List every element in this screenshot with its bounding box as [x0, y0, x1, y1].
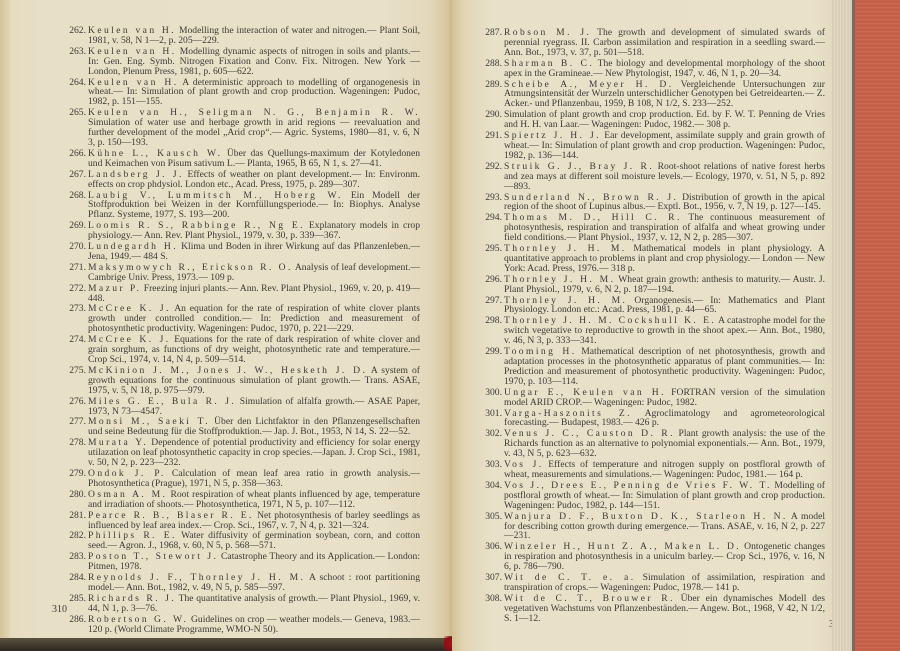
entry-number: 294. [480, 213, 502, 223]
entry-number: 271. [64, 263, 86, 273]
entry-number: 265. [64, 108, 86, 118]
bibliography-entry: 277.Monsi M., Saeki T. Über den Lichtfak… [64, 417, 420, 437]
entry-number: 297. [480, 296, 502, 306]
entry-text: Effects of temperature and nitrogen supp… [504, 459, 825, 480]
bibliography-entry: 304.Vos J., Drees E., Penning de Vries F… [480, 481, 825, 511]
bibliography-entry: 307.Wit de C. T. e. a. Simulation of ass… [480, 573, 825, 593]
bibliography-entry: 269.Loomis R. S., Rabbinge R., Ng E. Exp… [64, 221, 420, 241]
bibliography-entry: 278.Murata Y. Dependence of potential pr… [64, 438, 420, 468]
left-page-edge [0, 0, 10, 640]
bibliography-entry: 272.Mazur P. Freezing injuri plants.— An… [64, 284, 420, 304]
bibliography-entry: 283.Poston T., Stewort J. Catastrophe Th… [64, 552, 420, 572]
bibliography-entry: 267.Landsberg J. J. Effects of weather o… [64, 170, 420, 190]
entry-number: 292. [480, 162, 502, 172]
bibliography-entry: 297.Thornley J. H. M. Organogenesis.— In… [480, 296, 825, 316]
bibliography-entry: 264.Keulen van H. A deterministic approa… [64, 78, 420, 108]
entry-number: 269. [64, 221, 86, 231]
bibliography-entry: 285.Richards R. J. The quantitative anal… [64, 594, 420, 614]
left-page: 262.Keulen van H. Modelling the interact… [0, 0, 452, 640]
entry-number: 268. [64, 191, 86, 201]
left-page-number: 310 [52, 604, 67, 615]
entry-number: 306. [480, 542, 502, 552]
entry-number: 299. [480, 347, 502, 357]
bibliography-entry: 300.Ungar E., Keulen van H. FORTRAN vers… [480, 388, 825, 408]
entry-number: 287. [480, 28, 502, 38]
entry-number: 301. [480, 409, 502, 419]
bibliography-entry: 280.Osman A. M. Root respiration of whea… [64, 490, 420, 510]
page-edges [832, 0, 854, 651]
entry-number: 282. [64, 531, 86, 541]
entry-number: 274. [64, 335, 86, 345]
entry-number: 279. [64, 469, 86, 479]
bibliography-entry: 293.Sunderland N., Brown R. J. Distribut… [480, 193, 825, 213]
bibliography-entry: 305.Wanjura D. F., Buxton D. K., Starleo… [480, 512, 825, 542]
entry-number: 273. [64, 304, 86, 314]
bibliography-entry: 296.Thornley J. H. M. Wheat grain growth… [480, 275, 825, 295]
bibliography-entry: 284.Reynolds J. F., Thornley J. H. M. A … [64, 573, 420, 593]
right-page: 287.Robson M. J. The growth and developm… [452, 0, 832, 651]
bibliography-entry: 294.Thomas M. D., Hill C. R. The continu… [480, 213, 825, 243]
entry-text: Simulation of plant growth and crop prod… [504, 109, 825, 130]
bibliography-entry: 301.Varga-Haszonits Z. Agroclimatology a… [480, 409, 825, 429]
bibliography-entry: 263.Keulen van H. Modelling dynamic aspe… [64, 47, 420, 77]
bibliography-entry: 281.Pearce R. B., Blaser R. E. Net photo… [64, 511, 420, 531]
entry-number: 267. [64, 170, 86, 180]
entry-number: 280. [64, 490, 86, 500]
bibliography-entry: 286.Robertson G. W. Guidelines on crop —… [64, 615, 420, 635]
entry-number: 291. [480, 131, 502, 141]
entry-number: 264. [64, 78, 86, 88]
bibliography-entry: 266.Kühne L., Kausch W. Über das Quellun… [64, 149, 420, 169]
bibliography-entry: 303.Vos J. Effects of temperature and ni… [480, 460, 825, 480]
book-spread: 262.Keulen van H. Modelling the interact… [0, 0, 900, 651]
entry-number: 290. [480, 110, 502, 120]
bibliography-entry: 262.Keulen van H. Modelling the interact… [64, 26, 420, 46]
entry-number: 308. [480, 594, 502, 604]
bibliography-entry: 268.Laubig V., Lummitsch M., Hoberg W. E… [64, 191, 420, 221]
bibliography-entry: 292.Struik G. J., Bray J. R. Root-shoot … [480, 162, 825, 192]
bibliography-entry: 270.Lundegardh H. Klima und Boden in ihr… [64, 242, 420, 262]
bibliography-entry: 279.Ondok J. P. Calculation of mean leaf… [64, 469, 420, 489]
bibliography-entry: 308.Wit de C. T., Brouwer R. Über ein dy… [480, 594, 825, 624]
entry-number: 286. [64, 615, 86, 625]
bottom-shadow [0, 638, 452, 651]
entry-text: Simulation of water use and herbage grow… [88, 117, 420, 148]
entry-number: 266. [64, 149, 86, 159]
entry-number: 295. [480, 244, 502, 254]
bibliography-entry: 306.Winzeler H., Hunt Z. A., Maken L. D.… [480, 542, 825, 572]
bibliography-entry: 275.McKinion J. M., Jones J. W., Hesketh… [64, 366, 420, 396]
bibliography-entry: 299.Tooming H. Mathematical description … [480, 347, 825, 387]
entry-number: 275. [64, 366, 86, 376]
entry-number: 293. [480, 193, 502, 203]
entry-number: 270. [64, 242, 86, 252]
right-page-bibliography: 287.Robson M. J. The growth and developm… [480, 28, 825, 625]
entry-number: 288. [480, 59, 502, 69]
entry-number: 305. [480, 512, 502, 522]
entry-number: 284. [64, 573, 86, 583]
entry-number: 278. [64, 438, 86, 448]
bibliography-entry: 288.Sharman B. C. The biology and develo… [480, 59, 825, 79]
entry-number: 289. [480, 80, 502, 90]
bibliography-entry: 273.McCree K. J. An equation for the rat… [64, 304, 420, 334]
entry-number: 300. [480, 388, 502, 398]
entry-number: 283. [64, 552, 86, 562]
entry-number: 263. [64, 47, 86, 57]
entry-number: 281. [64, 511, 86, 521]
left-page-bibliography: 262.Keulen van H. Modelling the interact… [64, 26, 420, 635]
entry-number: 277. [64, 417, 86, 427]
entry-number: 296. [480, 275, 502, 285]
entry-number: 276. [64, 397, 86, 407]
bibliography-entry: 276.Miles G. E., Bula R. J. Simulation o… [64, 397, 420, 417]
bibliography-entry: 287.Robson M. J. The growth and developm… [480, 28, 825, 58]
bibliography-entry: 290.Simulation of plant growth and crop … [480, 110, 825, 130]
bibliography-entry: 298.Thornley J. H. M. Cockshull K. E. A … [480, 316, 825, 346]
entry-number: 307. [480, 573, 502, 583]
entry-number: 304. [480, 481, 502, 491]
book-cover [855, 0, 900, 651]
bibliography-entry: 289.Scheibe A., Meyer H. D. Vergleichend… [480, 80, 825, 110]
entry-number: 298. [480, 316, 502, 326]
entry-number: 303. [480, 460, 502, 470]
bibliography-entry: 282.Phillips R. E. Water diffusivity of … [64, 531, 420, 551]
bibliography-entry: 265.Keulen van H., Seligman N. G., Benja… [64, 108, 420, 148]
entry-number: 262. [64, 26, 86, 36]
bibliography-entry: 295.Thornley J. H. M. Mathematical model… [480, 244, 825, 274]
bibliography-entry: 271.Maksymowych R., Erickson R. O. Analy… [64, 263, 420, 283]
entry-number: 302. [480, 429, 502, 439]
entry-number: 272. [64, 284, 86, 294]
bibliography-entry: 274.McCree K. J. Equations for the rate … [64, 335, 420, 365]
entry-number: 285. [64, 594, 86, 604]
bibliography-entry: 291.Spiertz J. H. J. Ear development, as… [480, 131, 825, 161]
bibliography-entry: 302.Venus J. C., Causton D. R. Plant gro… [480, 429, 825, 459]
